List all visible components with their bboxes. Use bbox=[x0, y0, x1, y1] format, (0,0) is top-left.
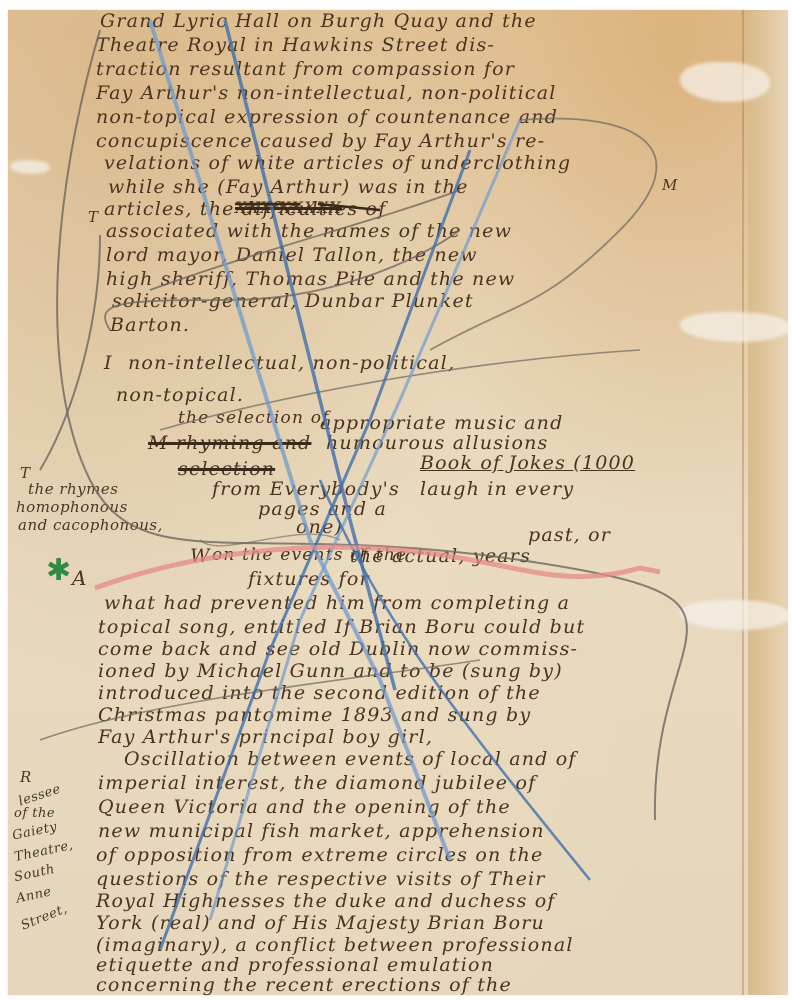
text-line: York (real) and of His Majesty Brian Bor… bbox=[96, 912, 545, 934]
text-line: Oscillation between events of local and … bbox=[124, 748, 577, 770]
text-line: the actual, years bbox=[350, 545, 531, 567]
text-line: traction resultant from compassion for bbox=[96, 58, 515, 80]
text-line: Queen Victoria and the opening of the bbox=[98, 796, 511, 818]
text-line: Barton. bbox=[110, 314, 190, 336]
text-line: (imaginary), a conflict between professi… bbox=[96, 934, 574, 956]
text-line: Fay Arthur's principal boy girl, bbox=[98, 726, 433, 748]
text-line: concerning the recent erections of the bbox=[96, 974, 512, 996]
margin-mark: M bbox=[662, 176, 678, 194]
tape-repair bbox=[10, 160, 50, 174]
text-line: while she (Fay Arthur) was in the bbox=[108, 176, 469, 198]
text-line: Royal Highnesses the duke and duchess of bbox=[96, 890, 556, 912]
page-fold bbox=[742, 10, 744, 995]
text-line: non-intellectual, non-political, bbox=[128, 352, 455, 374]
struck-text: M rhyming and bbox=[148, 432, 311, 454]
struck-text: XXX XXXXX bbox=[235, 198, 342, 217]
text-line: of opposition from extreme circles on th… bbox=[96, 844, 543, 866]
margin-note-line: homophonous bbox=[16, 498, 128, 516]
text-line: Fay Arthur's non-intellectual, non-polit… bbox=[96, 82, 557, 104]
text-line: ioned by Michael Gunn and to be (sung by… bbox=[98, 660, 563, 682]
text-line: etiquette and professional emulation bbox=[96, 954, 494, 976]
text-line: velations of white articles of underclot… bbox=[104, 152, 571, 174]
text-line: associated with the names of the new bbox=[106, 220, 512, 242]
text-line: non-topical expression of countenance an… bbox=[96, 106, 558, 128]
text-line: imperial interest, the diamond jubilee o… bbox=[98, 772, 536, 794]
text-line: high sheriff, Thomas Pile and the new bbox=[106, 268, 515, 290]
text-line: concupiscence caused by Fay Arthur's re- bbox=[96, 130, 545, 152]
text-line: questions of the respective visits of Th… bbox=[96, 868, 546, 890]
text-line: laugh in every bbox=[420, 478, 574, 500]
text-line: topical song, entitled If Brian Boru cou… bbox=[98, 616, 585, 638]
margin-note-line: and cacophonous, bbox=[18, 516, 163, 534]
insert-mark: I bbox=[104, 352, 113, 374]
text-line: past, or bbox=[528, 524, 611, 546]
margin-mark: R bbox=[20, 768, 32, 786]
text-line: what had prevented him from completing a bbox=[104, 592, 570, 614]
text-line: Book of Jokes (1000 bbox=[420, 452, 635, 474]
text-line: Theatre Royal in Hawkins Street dis- bbox=[96, 34, 495, 56]
text-line: introduced into the second edition of th… bbox=[98, 682, 541, 704]
insert-mark: W bbox=[190, 545, 211, 567]
insert-mark-a: A bbox=[72, 566, 87, 590]
text-line: new municipal fish market, apprehension bbox=[98, 820, 545, 842]
text-line: Grand Lyric Hall on Burgh Quay and the bbox=[100, 10, 537, 32]
green-star-icon: ✱ bbox=[46, 556, 71, 586]
margin-mark: T bbox=[88, 208, 99, 226]
struck-text: selection bbox=[178, 458, 275, 480]
paper-edge-strip bbox=[748, 10, 788, 995]
text-line: the selection of bbox=[178, 408, 330, 428]
text-line: from Everybody's bbox=[212, 478, 400, 500]
text-line: Christmas pantomime 1893 and sung by bbox=[98, 704, 531, 726]
text-line: fixtures for bbox=[248, 568, 370, 590]
text-line: solicitor-general, Dunbar Plunket bbox=[112, 290, 474, 312]
margin-note-line: of the bbox=[14, 806, 55, 821]
margin-note-line: the rhymes bbox=[28, 480, 118, 498]
text-line: humourous allusions bbox=[326, 432, 549, 454]
text-line: appropriate music and bbox=[320, 412, 563, 434]
text-line: come back and see old Dublin now commiss… bbox=[98, 638, 578, 660]
text-line: lord mayor, Daniel Tallon, the new bbox=[106, 244, 478, 266]
text-line: one) bbox=[296, 516, 343, 538]
text-line: non-topical. bbox=[116, 384, 244, 406]
